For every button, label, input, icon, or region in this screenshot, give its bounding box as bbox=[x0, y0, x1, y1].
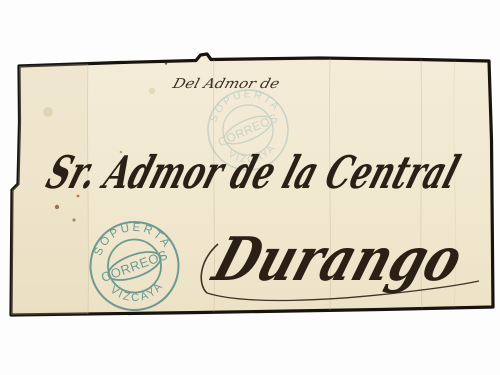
docket-note-group: Del Admor de bbox=[170, 76, 282, 92]
address-line-2-group: Durango bbox=[204, 223, 472, 294]
stain-spot bbox=[72, 218, 75, 221]
docket-note-text: Del Admor de bbox=[170, 76, 282, 92]
address-line-2-text: Durango bbox=[204, 223, 472, 294]
stain-spot bbox=[55, 205, 59, 209]
ink-speck bbox=[165, 62, 167, 64]
stain-spot bbox=[43, 107, 53, 117]
address-line-1-text: Sr. Admor de la Central bbox=[41, 146, 466, 199]
stain-spot bbox=[149, 88, 155, 94]
photo-of-postal-cover: SOPUERTA CORREOS VIZCAYA Del Admor de Sr… bbox=[0, 0, 500, 375]
cover-illustration: SOPUERTA CORREOS VIZCAYA Del Admor de Sr… bbox=[0, 0, 500, 375]
address-line-1-group: Sr. Admor de la Central bbox=[41, 146, 466, 199]
